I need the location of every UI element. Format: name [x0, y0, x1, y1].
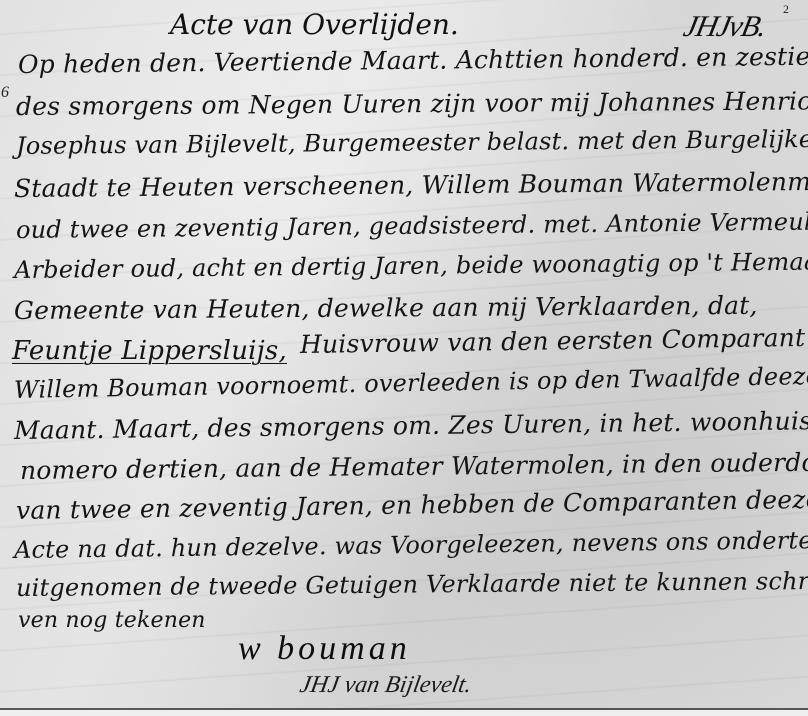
text-line-2: des smorgens om Negen Uuren zijn voor mi… — [16, 86, 808, 121]
text-line-11: nomero dertien, aan de Hemater Watermole… — [20, 447, 808, 485]
text-line-10: Maant. Maart, des smorgens om. Zes Uuren… — [14, 406, 808, 445]
page-number: 2 — [783, 2, 789, 17]
text-line-9: Willem Bouman voornoemt. overleeden is o… — [14, 362, 808, 404]
witness-signature: w bouman — [238, 630, 411, 668]
document-title: Acte van Overlijden. — [170, 8, 459, 41]
margin-number: 6 — [1, 84, 9, 102]
text-line-13: Acte na dat. hun dezelve. was Voorgeleez… — [14, 526, 808, 564]
page-bottom-margin — [0, 710, 808, 716]
document-page: 2 Acte van Overlijden. JHJvB. 6 Op heden… — [0, 0, 808, 716]
text-line-15: ven nog tekenen — [18, 608, 206, 633]
text-line-6: Arbeider oud, acht en dertig Jaren, beid… — [14, 247, 808, 284]
mayor-signature: JHJ van Bijlevelt. — [298, 672, 474, 699]
text-line-12: van twee en zeventig Jaren, en hebben de… — [16, 485, 808, 525]
text-line-8b: Huisvrouw van den eersten Comparant — [300, 323, 806, 359]
margin-initials: JHJvB. — [680, 10, 769, 44]
text-line-4: Staadt te Heuten verscheenen, Willem Bou… — [14, 167, 808, 203]
text-line-3: Josephus van Bijlevelt, Burgemeester bel… — [16, 125, 808, 160]
deceased-name: Feuntje Lippersluijs, — [12, 336, 287, 366]
text-line-1: Op heden den. Veertiende Maart. Achttien… — [18, 42, 808, 79]
text-line-5: oud twee en zeventig Jaren, geadsisteerd… — [16, 207, 808, 244]
text-line-14: uitgenomen de tweede Getuigen Verklaarde… — [16, 567, 808, 602]
text-line-7: Gemeente van Heuten, dewelke aan mij Ver… — [14, 291, 758, 325]
